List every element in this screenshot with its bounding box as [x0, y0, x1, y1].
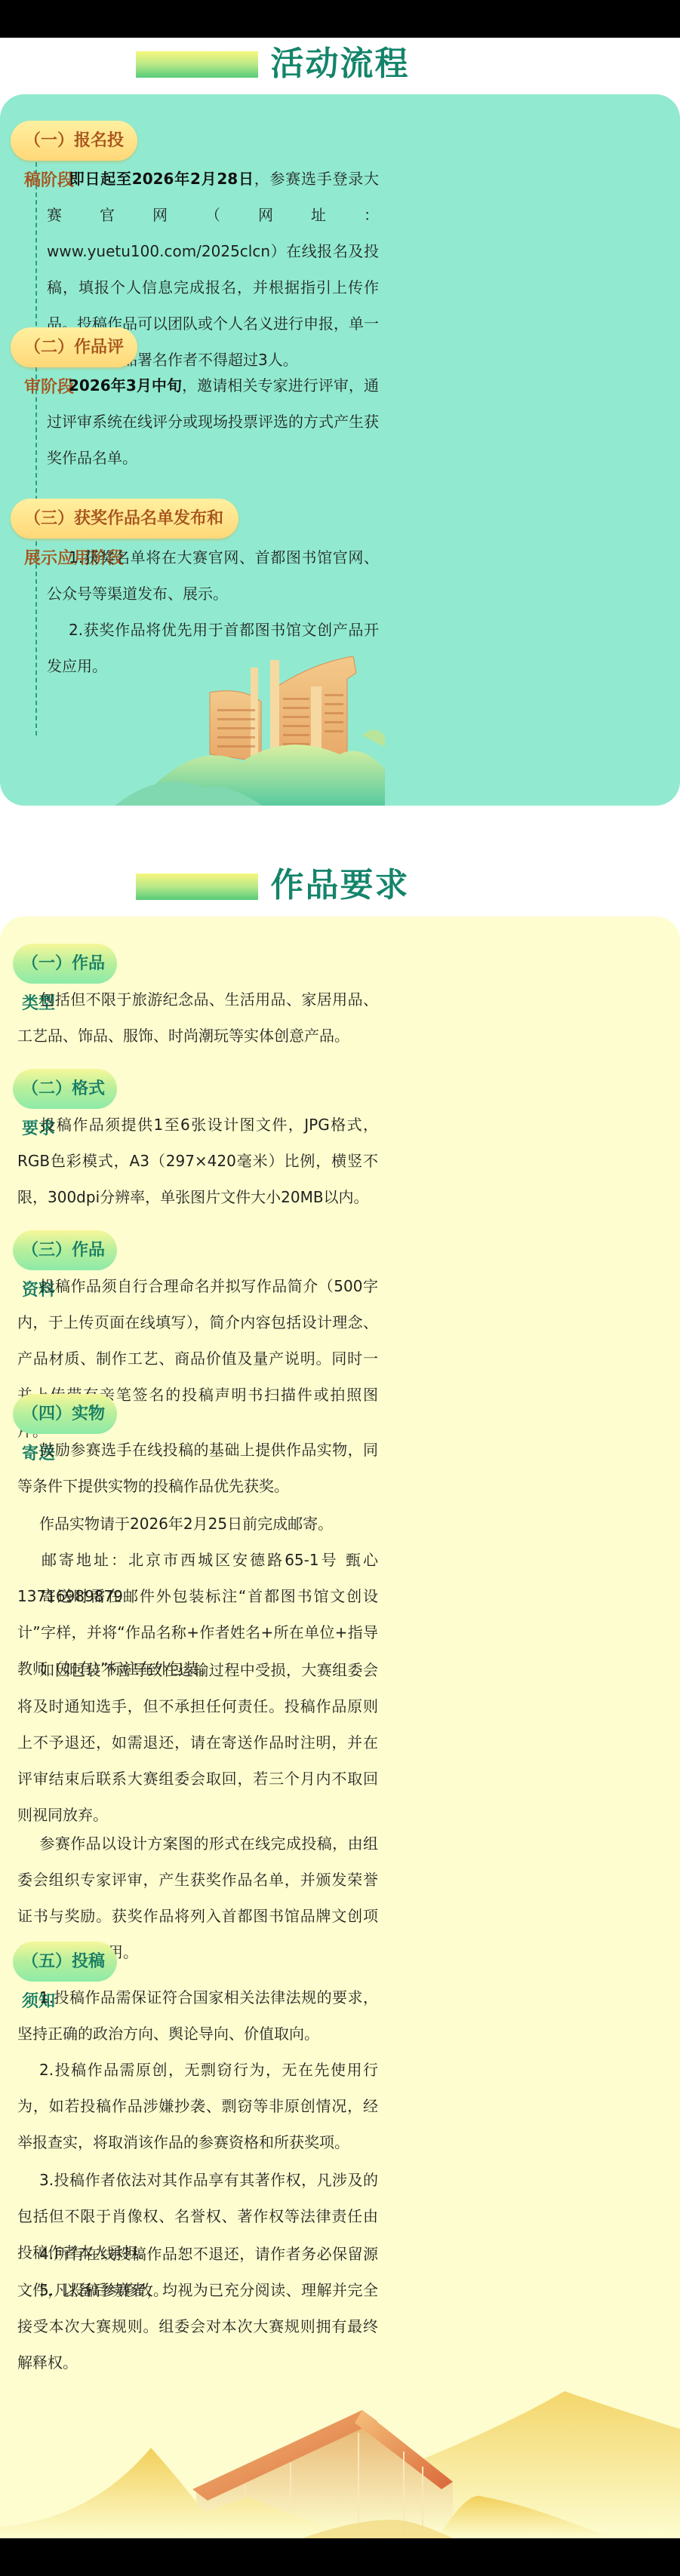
- req-4-para-1: 鼓励参赛选手在线投稿的基础上提供作品实物，同等条件下提供实物的投稿作品优先获奖。: [17, 1432, 378, 1504]
- req-4-para-2: 作品实物请于2026年2月25日前完成邮寄。: [17, 1506, 378, 1542]
- bottom-letterbox: [0, 2538, 680, 2576]
- process-card: （一）报名投稿阶段 即日起至2026年2月28日，参赛选手登录大赛官网（网址：w…: [0, 94, 680, 806]
- top-letterbox: [0, 0, 680, 38]
- process-section-title: 活动流程: [0, 36, 680, 81]
- req-5-item-5: 5.凡投稿参赛者，均视为已充分阅读、理解并完全接受本次大赛规则。组委会对本次大赛…: [17, 2272, 378, 2381]
- req-2-label: （二）格式要求: [13, 1069, 117, 1109]
- req-3-label: （三）作品资料: [13, 1230, 117, 1270]
- stage-2-label: （二）作品评审阶段: [11, 327, 137, 367]
- req-1-label: （一）作品类型: [13, 944, 117, 984]
- requirements-title: 作品要求: [0, 858, 680, 906]
- stage-1-label: （一）报名投稿阶段: [11, 121, 137, 161]
- req-4-para-5: 如因包装不善导致在运输过程中受损，大赛组委会将及时通知选手，但不承担任何责任。投…: [17, 1652, 378, 1833]
- page: 活动流程 （一）报名投稿阶段 即日起至2026年2月28日，参赛选手登录大赛官网…: [0, 0, 680, 2576]
- landscape-building-illustration: [0, 2369, 680, 2538]
- req-4-label: （四）实物寄送: [13, 1394, 117, 1434]
- req-1-para-1: 包括但不限于旅游纪念品、生活用品、家居用品、工艺品、饰品、服饰、时尚潮玩等实体创…: [17, 981, 378, 1054]
- req-5-label: （五）投稿须知: [13, 1942, 117, 1982]
- requirements-card: （一）作品类型 包括但不限于旅游纪念品、生活用品、家居用品、工艺品、饰品、服饰、…: [0, 916, 680, 2538]
- requirements-section-title: 作品要求: [0, 858, 680, 903]
- stage-3-label: （三）获奖作品名单发布和展示应用阶段: [11, 499, 238, 539]
- library-building-illustration: [113, 656, 385, 806]
- req-5-item-1: 1.投稿作品需保证符合国家相关法律法规的要求，坚持正确的政治方向、舆论导向、价值…: [17, 1979, 378, 2052]
- req-5-item-2: 2.投稿作品需原创，无剽窃行为，无在先使用行为，如若投稿作品涉嫌抄袭、剽窃等非原…: [17, 2052, 378, 2160]
- req-2-para-1: 投稿作品须提供1至6张设计图文件，JPG格式，RGB色彩模式，A3（297×42…: [17, 1107, 378, 1215]
- timeline-dashed-line: [35, 162, 37, 735]
- stage-1-date: 即日起至2026年2月28日: [69, 170, 254, 188]
- stage-2-date: 2026年3月中旬: [69, 376, 182, 395]
- stage-3-item-1: 1.获奖名单将在大赛官网、首都图书馆官网、公众号等渠道发布、展示。: [47, 539, 379, 612]
- process-title: 活动流程: [0, 36, 680, 84]
- stage-2-text: 2026年3月中旬，邀请相关专家进行评审，通过评审系统在线评分或现场投票评选的方…: [47, 367, 379, 476]
